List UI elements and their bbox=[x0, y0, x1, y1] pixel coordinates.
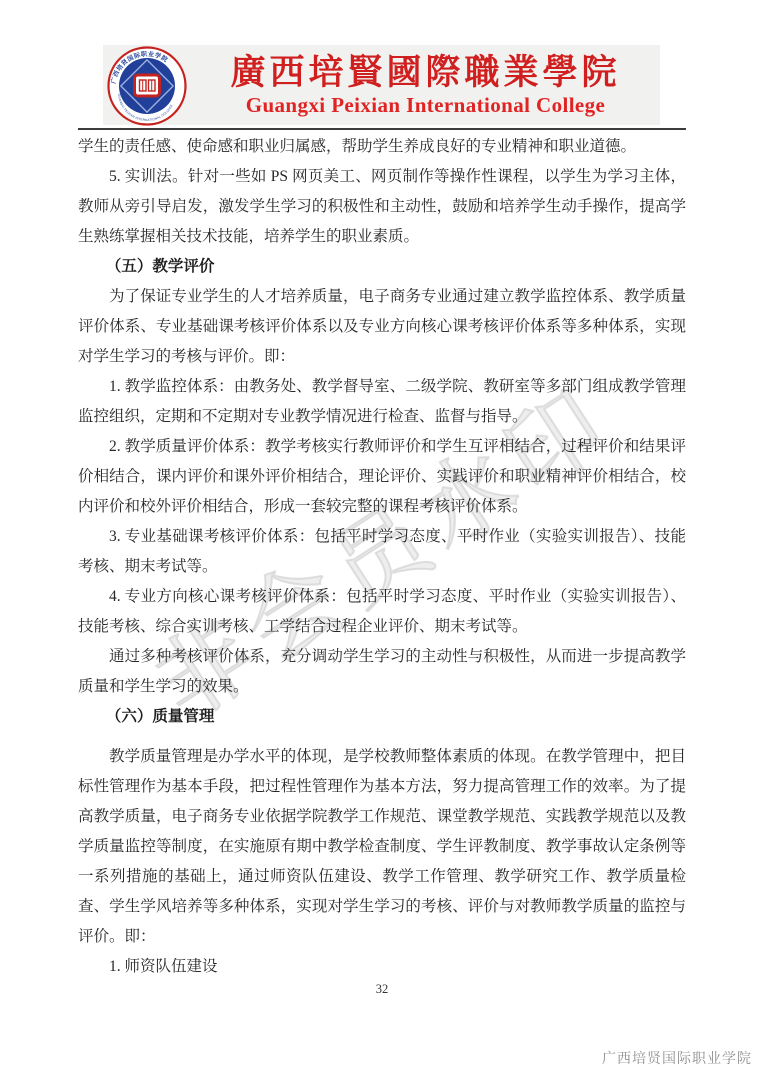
college-name-chinese: 廣西培賢國際職業學院 bbox=[230, 53, 620, 93]
paragraph: 1. 师资队伍建设 bbox=[78, 952, 686, 982]
college-logo-icon: 广西培贤国际职业学院 GUANGXI PEIXIAN INTERNATIONAL… bbox=[107, 46, 187, 126]
header-divider bbox=[78, 128, 686, 130]
paragraph: 5. 实训法。针对一些如 PS 网页美工、网页制作等操作性课程，以学生为学习主体… bbox=[78, 162, 686, 252]
paragraph: 通过多种考核评价体系，充分调动学生学习的主动性与积极性，从而进一步提高教学质量和… bbox=[78, 642, 686, 702]
paragraph: 教学质量管理是办学水平的体现，是学校教师整体素质的体现。在教学管理中，把目标性管… bbox=[78, 742, 686, 952]
document-header: 广西培贤国际职业学院 GUANGXI PEIXIAN INTERNATIONAL… bbox=[103, 45, 660, 125]
paragraph: 学生的责任感、使命感和职业归属感，帮助学生养成良好的专业精神和职业道德。 bbox=[78, 132, 686, 162]
document-page: 广西培贤国际职业学院 GUANGXI PEIXIAN INTERNATIONAL… bbox=[0, 0, 764, 1080]
paragraph: 2. 教学质量评价体系：教学考核实行教师评价和学生互评相结合，过程评价和结果评价… bbox=[78, 432, 686, 522]
corner-caption: 广西培贤国际职业学院 bbox=[602, 1048, 752, 1068]
header-titles: 廣西培賢國際職業學院 Guangxi Peixian International… bbox=[198, 45, 653, 125]
page-number: 32 bbox=[0, 982, 764, 997]
paragraph: 3. 专业基础课考核评价体系：包括平时学习态度、平时作业（实验实训报告）、技能考… bbox=[78, 522, 686, 582]
paragraph: 4. 专业方向核心课考核评价体系：包括平时学习态度、平时作业（实验实训报告）、技… bbox=[78, 582, 686, 642]
college-emblem-icon: 广西培贤国际职业学院 GUANGXI PEIXIAN INTERNATIONAL… bbox=[107, 46, 187, 126]
section-heading: （五）教学评价 bbox=[78, 252, 686, 282]
section-heading: （六）质量管理 bbox=[78, 702, 686, 732]
paragraph: 为了保证专业学生的人才培养质量，电子商务专业通过建立教学监控体系、教学质量评价体… bbox=[78, 282, 686, 372]
paragraph: 1. 教学监控体系：由教务处、教学督导室、二级学院、教研室等多部门组成教学管理监… bbox=[78, 372, 686, 432]
document-body: 学生的责任感、使命感和职业归属感，帮助学生养成良好的专业精神和职业道德。 5. … bbox=[78, 132, 686, 982]
college-name-english: Guangxi Peixian International College bbox=[246, 93, 606, 117]
